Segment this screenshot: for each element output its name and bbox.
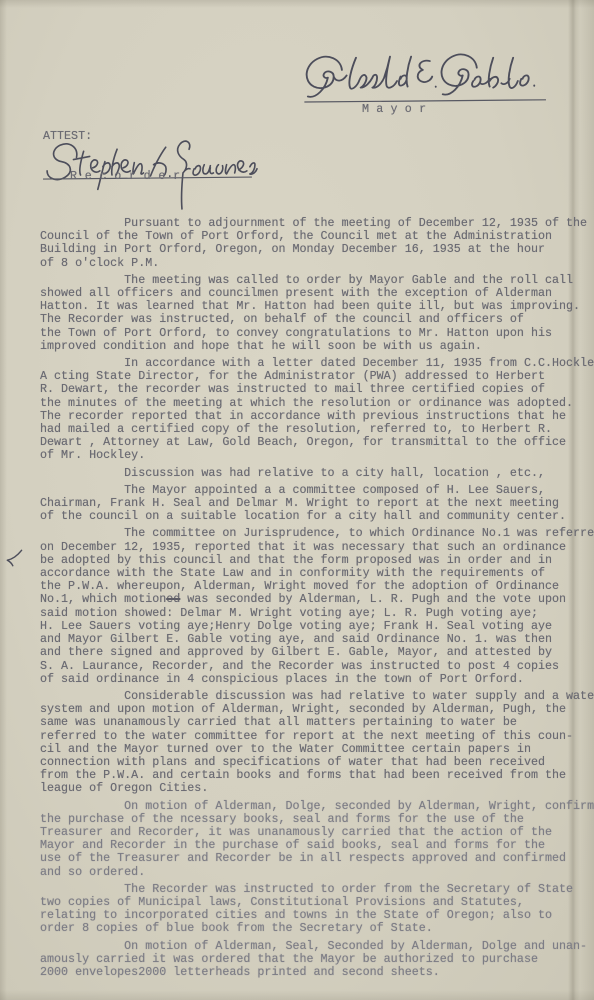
paragraph-text: On motion of Alderman, Dolge, seconded b… [40,799,594,879]
mayor-signature-block: Mayor [295,50,553,120]
minutes-paragraph: The Recorder was instructed to order fro… [40,883,592,936]
paragraph-text: Considerable discussion was had relative… [40,689,594,795]
minutes-body: Pursuant to adjournment of the meeting o… [40,217,592,983]
attest-signature-block: ATTEST: Recorder [40,130,270,220]
paragraph-text: In accordance with a letter dated Decemb… [40,356,594,462]
paper-top-edge-shading [0,0,594,8]
recorder-title-label: Recorder [70,170,188,183]
struck-out-text: ed [166,592,180,606]
minutes-paragraph: Discussion was had relative to a city ha… [40,467,592,480]
mayor-title-label: Mayor [362,103,433,116]
minutes-paragraph: The committee on Jurisprudence, to which… [40,527,592,685]
paragraph-text: The Recorder was instructed to order fro… [40,882,573,936]
paragraph-text: Pursuant to adjournment of the meeting o… [40,216,587,270]
minutes-paragraph: On motion of Alderman, Seal, Seconded by… [40,940,592,980]
minutes-paragraph: In accordance with a letter dated Decemb… [40,357,592,463]
minutes-paragraph: Pursuant to adjournment of the meeting o… [40,217,592,270]
paragraph-text: The Mayor appointed a a committee compos… [40,483,566,523]
paragraph-text: On motion of Alderman, Seal, Seconded by… [40,939,587,979]
paragraph-text: Discussion was had relative to a city ha… [40,466,545,480]
minutes-paragraph: Considerable discussion was had relative… [40,690,592,796]
minutes-page-photo: { "page": { "width": 594, "height": 1000… [0,0,594,1000]
paper-bottom-edge-shading [0,990,594,1000]
paper-left-edge-shading [0,0,7,1000]
minutes-paragraph: On motion of Alderman, Dolge, seconded b… [40,800,592,879]
paragraph-text: The meeting was called to order by Mayor… [40,273,580,353]
margin-pen-mark [4,548,26,568]
minutes-paragraph: The meeting was called to order by Mayor… [40,274,592,353]
paragraph-text: was seconded by Alderman, L. R. Pugh and… [40,592,566,685]
minutes-paragraph: The Mayor appointed a a committee compos… [40,484,592,524]
